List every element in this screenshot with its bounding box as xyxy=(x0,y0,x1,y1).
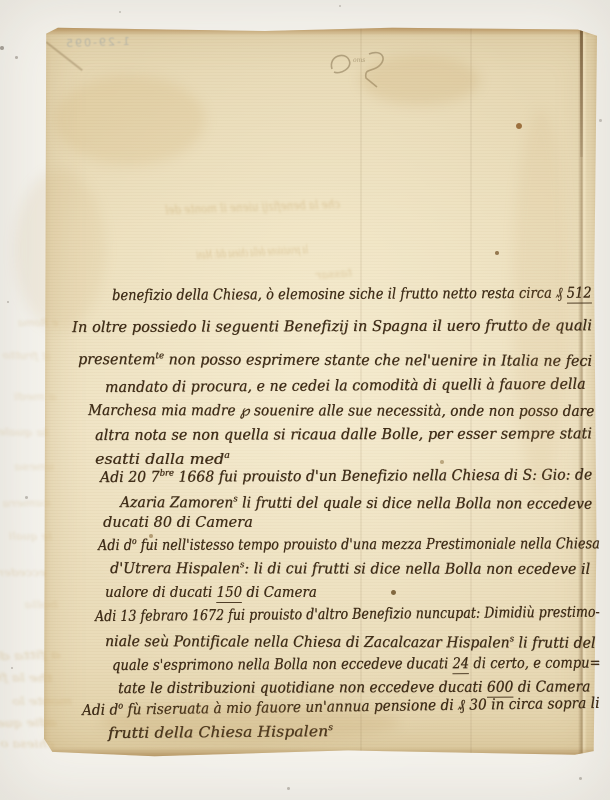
dust-speck xyxy=(7,301,9,303)
dust-speck xyxy=(15,56,18,59)
dust-speck xyxy=(339,5,341,7)
archival-number-pencil: 1-29-095 xyxy=(64,35,130,50)
show-through-text: camera xyxy=(2,498,50,510)
show-through-text: la quale xyxy=(0,427,48,439)
dust-speck xyxy=(119,11,121,13)
manuscript-page: 1-29-095 oms xyxy=(44,27,597,757)
dust-speck xyxy=(0,46,4,50)
dust-speck xyxy=(579,777,582,780)
fold-crease-right-dark xyxy=(580,27,583,157)
svg-text:oms: oms xyxy=(353,57,365,64)
ink-flourish-mark: oms xyxy=(325,47,409,91)
fold-crease-right xyxy=(578,27,587,757)
fold-crease-soft xyxy=(470,27,472,757)
dust-speck xyxy=(287,787,290,790)
dust-speck xyxy=(25,496,28,499)
dust-speck xyxy=(599,119,602,122)
show-through-text: eccedere xyxy=(0,568,46,579)
dust-speck xyxy=(11,667,13,669)
photo-background: 1-29-095 oms che la benefizij uiene il m… xyxy=(0,0,610,800)
fold-crease-center xyxy=(360,27,362,757)
show-through-text: il frutto xyxy=(2,350,50,363)
